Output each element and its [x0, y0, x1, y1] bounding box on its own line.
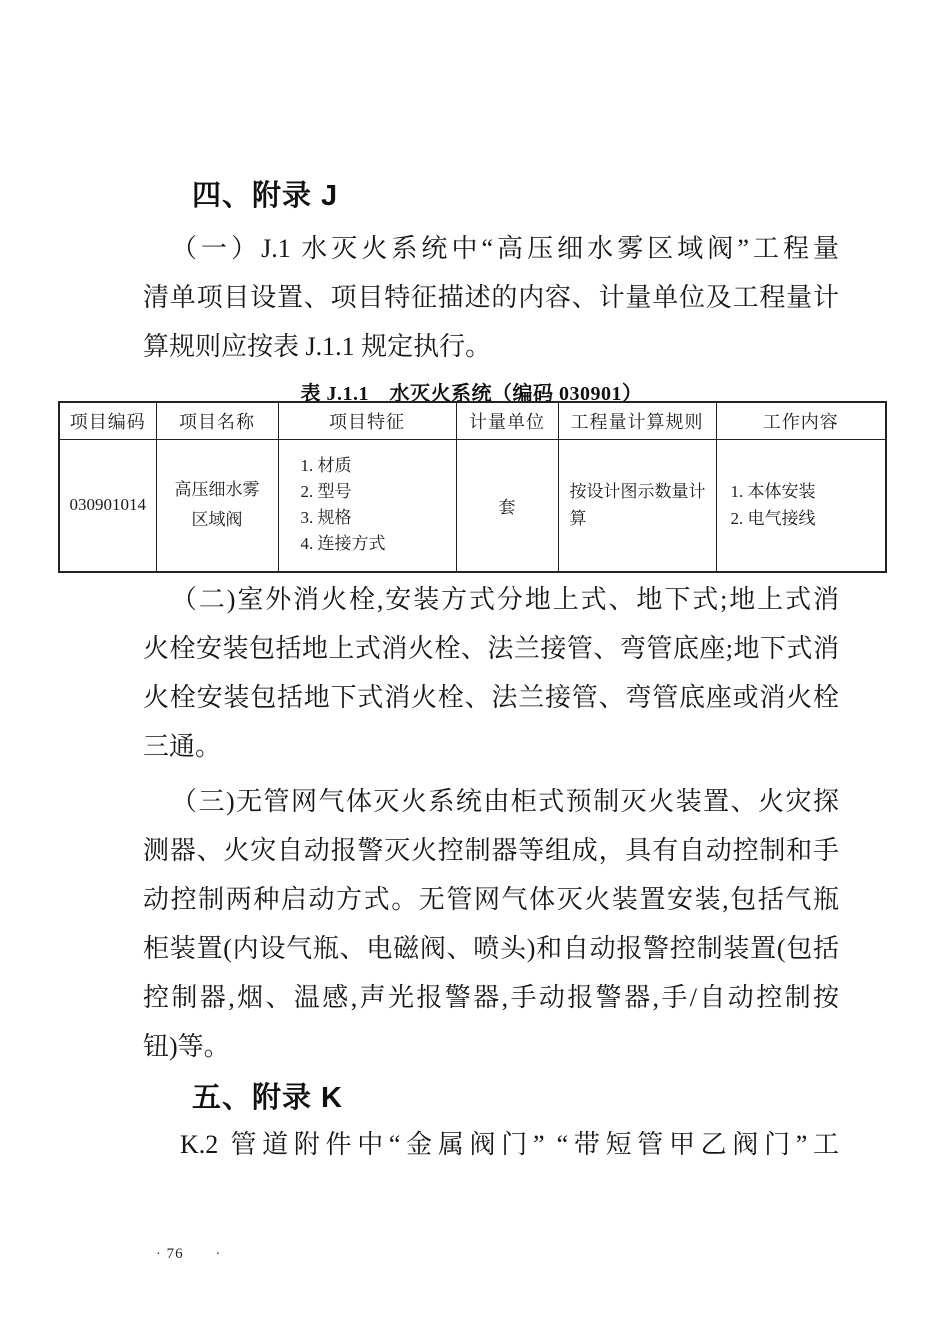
- page-number: 76: [167, 1246, 184, 1262]
- footer-right-dot: ·: [216, 1247, 221, 1262]
- paragraph-line: 算规则应按表 J.1.1 规定执行。: [143, 322, 839, 371]
- spec-table: 项目编码 项目名称 项目特征 计量单位 工程量计算规则 工作内容 0309010…: [58, 401, 887, 573]
- cell-project-name: 高压细水雾 区域阀: [156, 439, 278, 572]
- heading-appendix-k: 五、附录 K: [192, 1081, 343, 1115]
- paragraph-line: 火栓安装包括地下式消火栓、法兰接管、弯管底座或消火栓: [143, 673, 839, 722]
- col-header-calc-rule: 工程量计算规则: [558, 402, 716, 439]
- cell-project-code: 030901014: [59, 439, 156, 572]
- page-number-footer: ·76·: [156, 1246, 220, 1263]
- work-item: 2. 电气接线: [731, 505, 886, 532]
- paragraph-line: 柜装置(内设气瓶、电磁阀、喷头)和自动报警控制装置(包括: [143, 924, 839, 973]
- feature-item: 3. 规格: [301, 505, 456, 531]
- cell-work-content: 1. 本体安装 2. 电气接线: [716, 439, 886, 572]
- footer-left-dot: ·: [156, 1247, 161, 1262]
- paragraph-line: K.2 管道附件中“金属阀门” “带短管甲乙阀门”工: [143, 1120, 839, 1169]
- col-header-project-name: 项目名称: [156, 402, 278, 439]
- paragraph-line: 控制器,烟、温感,声光报警器,手动报警器,手/自动控制按: [143, 973, 839, 1022]
- paragraph-line: 动控制两种启动方式。无管网气体灭火装置安装,包括气瓶: [143, 875, 839, 924]
- col-header-work-content: 工作内容: [716, 402, 886, 439]
- paragraph-item-3: （三)无管网气体灭火系统由柜式预制灭火装置、火灾探 测器、火灾自动报警灭火控制器…: [143, 777, 839, 1071]
- col-header-project-features: 项目特征: [278, 402, 456, 439]
- table-row: 030901014 高压细水雾 区域阀 1. 材质 2. 型号 3. 规格 4.…: [59, 439, 886, 572]
- heading-appendix-j: 四、附录 J: [192, 179, 338, 213]
- paragraph-line: 清单项目设置、项目特征描述的内容、计量单位及工程量计: [143, 273, 839, 322]
- paragraph-line: （一）J.1 水灭火系统中“高压细水雾区域阀”工程量: [143, 224, 839, 273]
- feature-item: 4. 连接方式: [301, 531, 456, 557]
- paragraph-line: （二)室外消火栓,安装方式分地上式、地下式;地上式消: [143, 575, 839, 624]
- paragraph-line: 钮)等。: [143, 1022, 839, 1071]
- cell-unit: 套: [456, 439, 558, 572]
- table-header-row: 项目编码 项目名称 项目特征 计量单位 工程量计算规则 工作内容: [59, 402, 886, 439]
- paragraph-line: 火栓安装包括地上式消火栓、法兰接管、弯管底座;地下式消: [143, 624, 839, 673]
- paragraph-j-intro: （一）J.1 水灭火系统中“高压细水雾区域阀”工程量 清单项目设置、项目特征描述…: [143, 224, 839, 371]
- project-name-line: 高压细水雾: [157, 475, 278, 505]
- work-item: 1. 本体安装: [731, 478, 886, 505]
- col-header-project-code: 项目编码: [59, 402, 156, 439]
- paragraph-line: 三通。: [143, 722, 839, 771]
- col-header-unit: 计量单位: [456, 402, 558, 439]
- feature-item: 2. 型号: [301, 479, 456, 505]
- project-name-line: 区域阀: [157, 505, 278, 535]
- cell-project-features: 1. 材质 2. 型号 3. 规格 4. 连接方式: [278, 439, 456, 572]
- paragraph-k-intro: K.2 管道附件中“金属阀门” “带短管甲乙阀门”工: [143, 1120, 839, 1169]
- paragraph-line: （三)无管网气体灭火系统由柜式预制灭火装置、火灾探: [143, 777, 839, 826]
- cell-calc-rule: 按设计图示数量计算: [558, 439, 716, 572]
- paragraph-line: 测器、火灾自动报警灭火控制器等组成，具有自动控制和手: [143, 826, 839, 875]
- feature-item: 1. 材质: [301, 453, 456, 479]
- paragraph-item-2: （二)室外消火栓,安装方式分地上式、地下式;地上式消 火栓安装包括地上式消火栓、…: [143, 575, 839, 771]
- document-page: 四、附录 J （一）J.1 水灭火系统中“高压细水雾区域阀”工程量 清单项目设置…: [0, 0, 950, 1344]
